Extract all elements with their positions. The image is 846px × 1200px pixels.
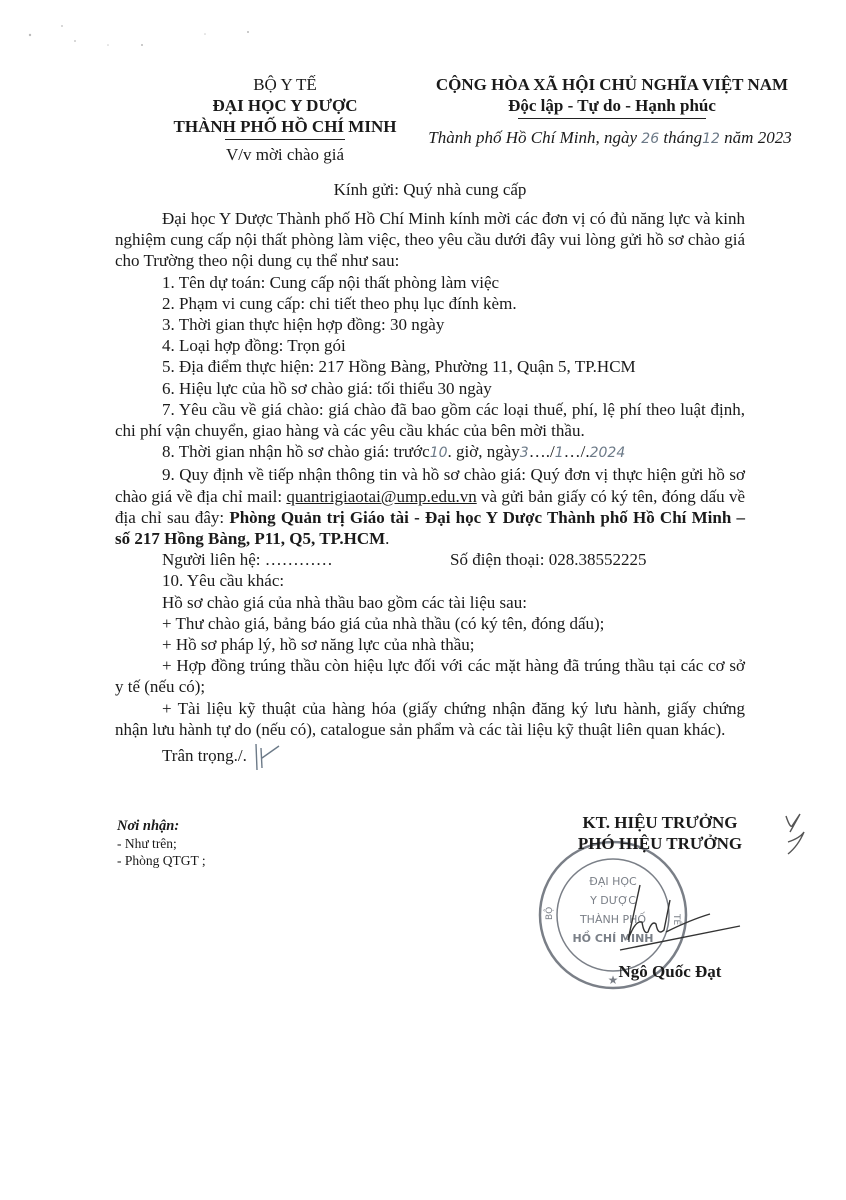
signer-name: Ngô Quốc Đạt xyxy=(540,962,800,982)
handwritten-deadline-year: 2024 xyxy=(590,445,626,461)
handwritten-day: 26 xyxy=(641,131,659,147)
scan-noise xyxy=(20,20,280,50)
date-prefix: Thành phố Hồ Chí Minh, ngày xyxy=(428,128,637,147)
date-separator: …/. xyxy=(564,442,590,461)
item-6: 6. Hiệu lực của hồ sơ chào giá: tối thiể… xyxy=(115,378,745,399)
recipients-title: Nơi nhận: xyxy=(117,818,206,835)
item-10-lead: Hồ sơ chào giá của nhà thầu bao gồm các … xyxy=(115,592,745,613)
initials-signature-icon xyxy=(251,740,285,774)
recipient-1: - Như trên; xyxy=(117,835,206,852)
handwritten-signature-icon xyxy=(600,880,750,960)
item-8-label: 8. Thời gian nhận hồ sơ chào giá: trước xyxy=(162,442,430,461)
required-doc-4: + Tài liệu kỹ thuật của hàng hóa (giấy c… xyxy=(115,698,745,740)
ministry-name: BỘ Y TẾ xyxy=(150,74,420,95)
year-label: năm 2023 xyxy=(724,128,792,147)
item-5: 5. Địa điểm thực hiện: 217 Hồng Bàng, Ph… xyxy=(115,356,745,377)
recipient-2: - Phòng QTGT ; xyxy=(117,852,206,869)
document-subject: V/v mời chào giá xyxy=(150,144,420,165)
item-4: 4. Loại hợp đồng: Trọn gói xyxy=(115,335,745,356)
hour-label: . giờ, ngày xyxy=(448,442,520,461)
signer-title-block: KT. HIỆU TRƯỞNG PHÓ HIỆU TRƯỞNG xyxy=(540,812,780,854)
signer-title-line1: KT. HIỆU TRƯỞNG xyxy=(540,812,780,833)
required-doc-2: + Hồ sơ pháp lý, hồ sơ năng lực của nhà … xyxy=(115,634,745,655)
handwritten-deadline-month: 1 xyxy=(555,445,564,461)
month-label: tháng xyxy=(663,128,702,147)
initials-signature-icon xyxy=(782,812,810,858)
handwritten-deadline-day: 3 xyxy=(520,445,529,461)
handwritten-month: 12 xyxy=(702,131,720,147)
place-date-line: Thành phố Hồ Chí Minh, ngày 26 tháng12 n… xyxy=(420,128,800,148)
nation-name: CỘNG HÒA XÃ HỘI CHỦ NGHĨA VIỆT NAM xyxy=(412,74,812,95)
item-2: 2. Phạm vi cung cấp: chi tiết theo phụ l… xyxy=(115,293,745,314)
item-3: 3. Thời gian thực hiện hợp đồng: 30 ngày xyxy=(115,314,745,335)
contact-person: Người liên hệ: ………… xyxy=(162,550,333,569)
closing-line: Trân trọng./. xyxy=(115,740,745,774)
required-doc-3: + Hợp đồng trúng thầu còn hiệu lực đối v… xyxy=(115,655,745,697)
closing: Trân trọng./. xyxy=(162,746,247,765)
email-link[interactable]: quantrigiaotai@ump.edu.vn xyxy=(286,487,476,506)
required-doc-1: + Thư chào giá, bảng báo giá của nhà thầ… xyxy=(115,613,745,634)
seal-rim-text: BỘ xyxy=(543,907,555,920)
issuer-block: BỘ Y TẾ ĐẠI HỌC Y DƯỢC THÀNH PHỐ HỒ CHÍ … xyxy=(150,74,420,165)
item-7: 7. Yêu cầu về giá chào: giá chào đã bao … xyxy=(115,399,745,441)
signer-title-line2: PHÓ HIỆU TRƯỞNG xyxy=(540,833,780,854)
university-name-line2: THÀNH PHỐ HỒ CHÍ MINH xyxy=(150,116,420,137)
item-9: 9. Quy định về tiếp nhận thông tin và hồ… xyxy=(115,464,745,549)
recipients-block: Nơi nhận: - Như trên; - Phòng QTGT ; xyxy=(117,818,206,869)
date-separator: …./ xyxy=(529,442,555,461)
handwritten-hour: 10 xyxy=(430,445,448,461)
item-8: 8. Thời gian nhận hồ sơ chào giá: trước1… xyxy=(115,441,745,464)
motto-underline xyxy=(518,118,706,119)
university-name-line1: ĐẠI HỌC Y DƯỢC xyxy=(150,95,420,116)
item-10-title: 10. Yêu cầu khác: xyxy=(115,570,745,591)
national-motto: Độc lập - Tự do - Hạnh phúc xyxy=(412,95,812,116)
contact-phone: Số điện thoại: 028.38552225 xyxy=(450,549,646,570)
item-1: 1. Tên dự toán: Cung cấp nội thất phòng … xyxy=(115,272,745,293)
salutation: Kính gửi: Quý nhà cung cấp xyxy=(100,180,760,200)
national-heading: CỘNG HÒA XÃ HỘI CHỦ NGHĨA VIỆT NAM Độc l… xyxy=(412,74,812,119)
contact-line: Người liên hệ: ………… Số điện thoại: 028.3… xyxy=(115,549,745,570)
period: . xyxy=(385,529,389,548)
issuer-underline xyxy=(225,139,345,140)
intro-paragraph: Đại học Y Dược Thành phố Hồ Chí Minh kín… xyxy=(115,208,745,272)
letter-body: Đại học Y Dược Thành phố Hồ Chí Minh kín… xyxy=(115,208,745,774)
